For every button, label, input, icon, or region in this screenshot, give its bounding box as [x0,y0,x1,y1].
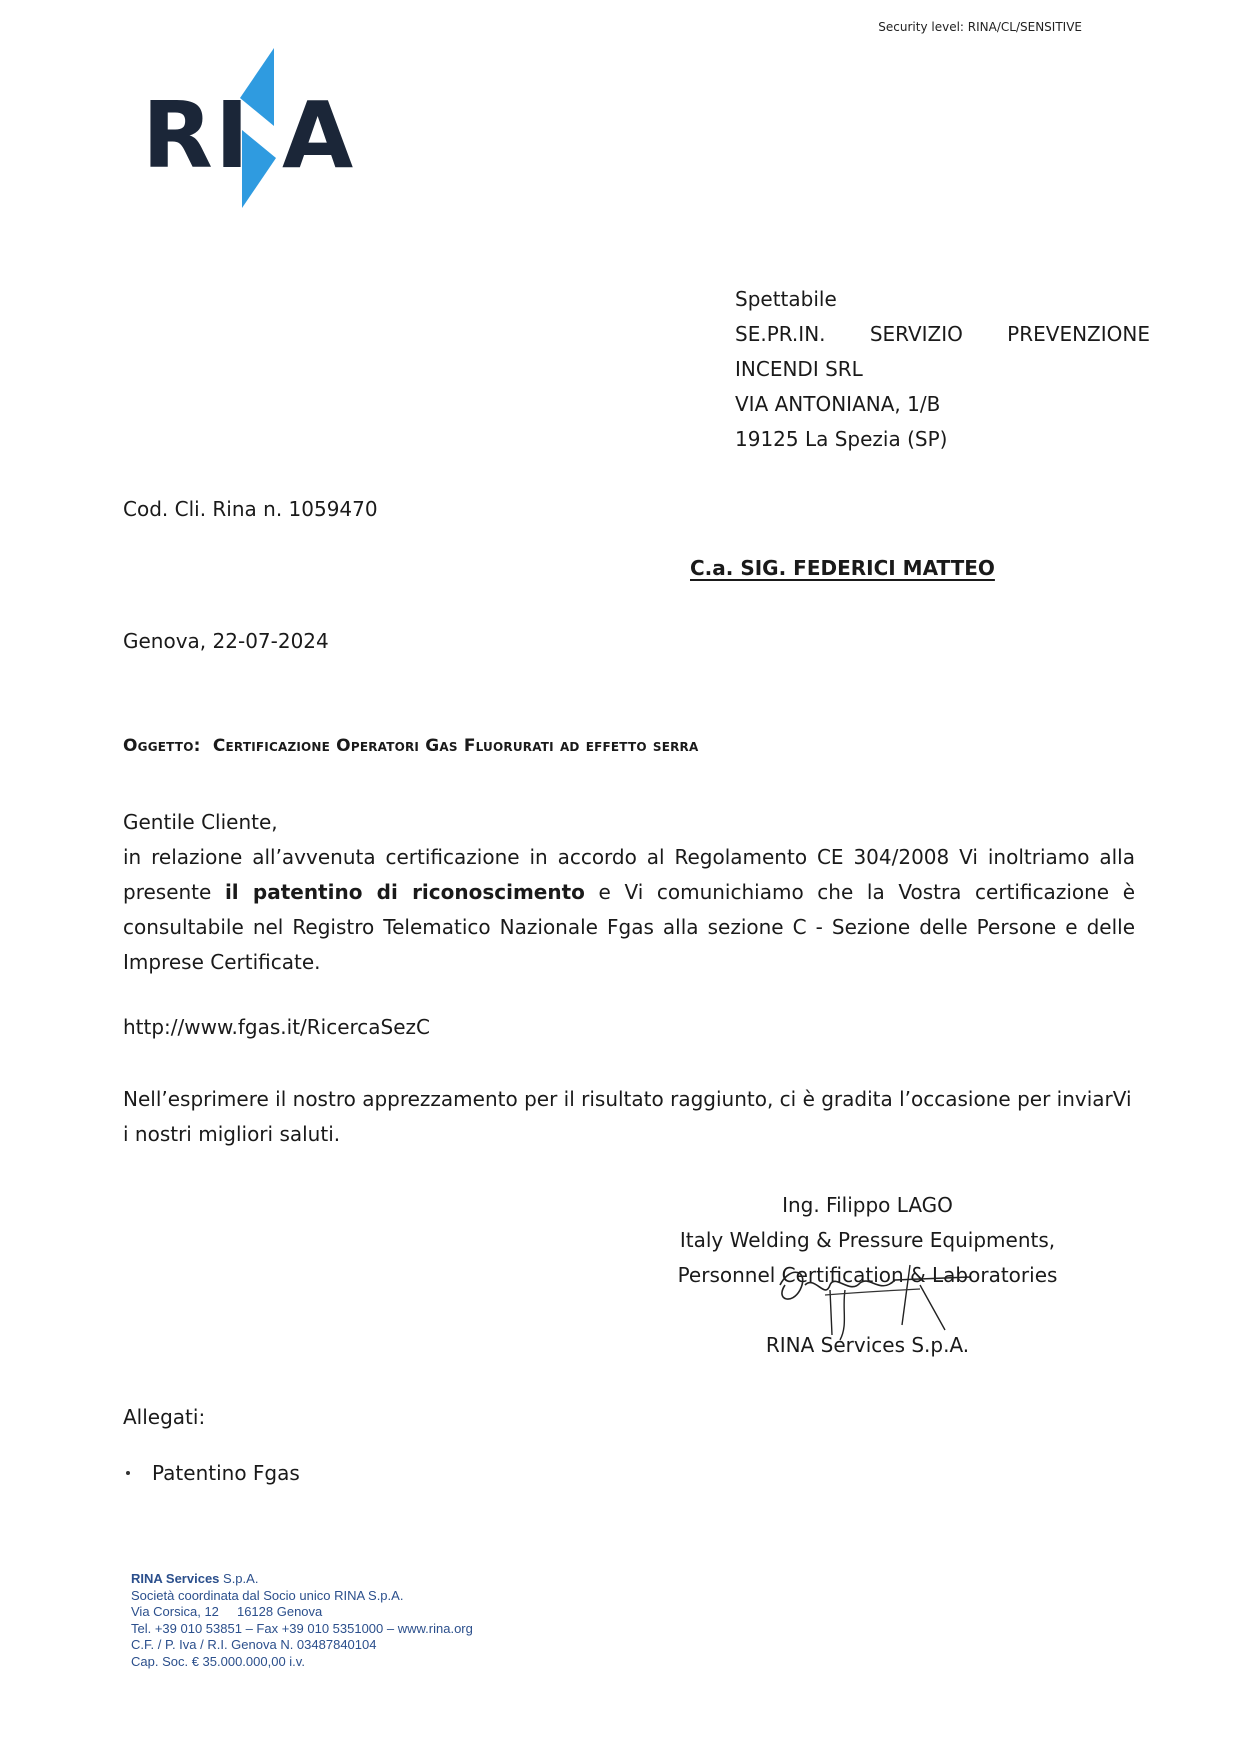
attachments-label: Allegati: [123,1405,205,1429]
signer-dept-1: Italy Welding & Pressure Equipments, [640,1223,1095,1258]
recipient-salutation: Spettabile [735,282,1150,317]
closing-paragraph: Nell’esprimere il nostro apprezzamento p… [123,1082,1135,1152]
letter-body: Gentile Cliente, in relazione all’avvenu… [123,805,1135,980]
bullet-icon [126,1471,130,1475]
greeting: Gentile Cliente, [123,805,1135,840]
recipient-line3: VIA ANTONIANA, 1/B [735,387,1150,422]
recipient-line4: 19125 La Spezia (SP) [735,422,1150,457]
body-paragraph: in relazione all’avvenuta certificazione… [123,840,1135,980]
fgas-link[interactable]: http://www.fgas.it/RicercaSezC [123,1015,430,1039]
recipient-line1: SE.PR.IN. SERVIZIO PREVENZIONE [735,317,1150,352]
attachment-item: Patentino Fgas [123,1461,300,1485]
subject-text: Certificazione Operatori Gas Fluorurati … [213,736,699,756]
subject-label: Oggetto: [123,736,201,756]
attention-line: C.a. SIG. FEDERICI MATTEO [690,556,995,580]
security-level: Security level: RINA/CL/SENSITIVE [878,20,1082,34]
handwritten-signature-icon [770,1255,1000,1345]
company-footer: RINA Services S.p.A. Società coordinata … [131,1571,473,1670]
letter-date: Genova, 22-07-2024 [123,629,329,653]
subject-line: Oggetto: Certificazione Operatori Gas Fl… [123,736,698,756]
client-code: Cod. Cli. Rina n. 1059470 [123,497,378,521]
recipient-line2: INCENDI SRL [735,352,1150,387]
signer-name: Ing. Filippo LAGO [640,1188,1095,1223]
logo-text-right: A [282,90,355,182]
recipient-address: Spettabile SE.PR.IN. SERVIZIO PREVENZION… [735,282,1150,457]
rina-logo: RI A [142,48,352,208]
logo-mark-icon [228,48,288,208]
